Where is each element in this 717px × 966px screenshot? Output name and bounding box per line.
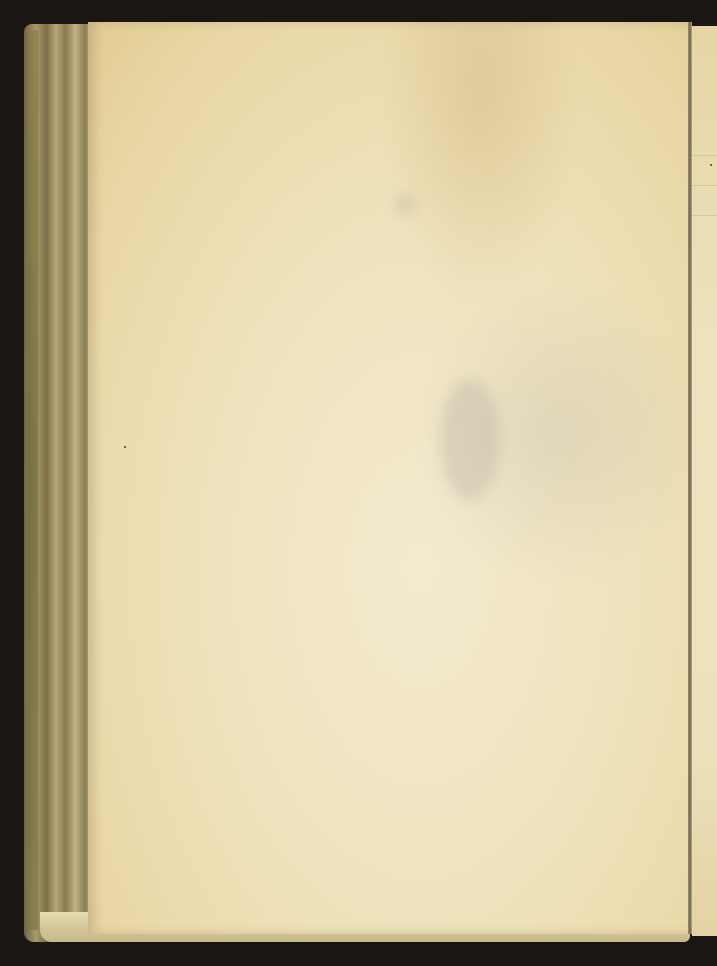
ink-speck	[124, 446, 126, 448]
ruled-line	[692, 215, 717, 216]
smudge-mark	[395, 195, 415, 215]
right-page	[692, 26, 717, 936]
ruled-line	[692, 155, 717, 156]
worn-edge	[28, 30, 38, 930]
ruled-line	[692, 185, 717, 186]
ink-speck	[710, 164, 712, 166]
left-page	[88, 22, 692, 934]
smudge-mark	[440, 380, 500, 500]
